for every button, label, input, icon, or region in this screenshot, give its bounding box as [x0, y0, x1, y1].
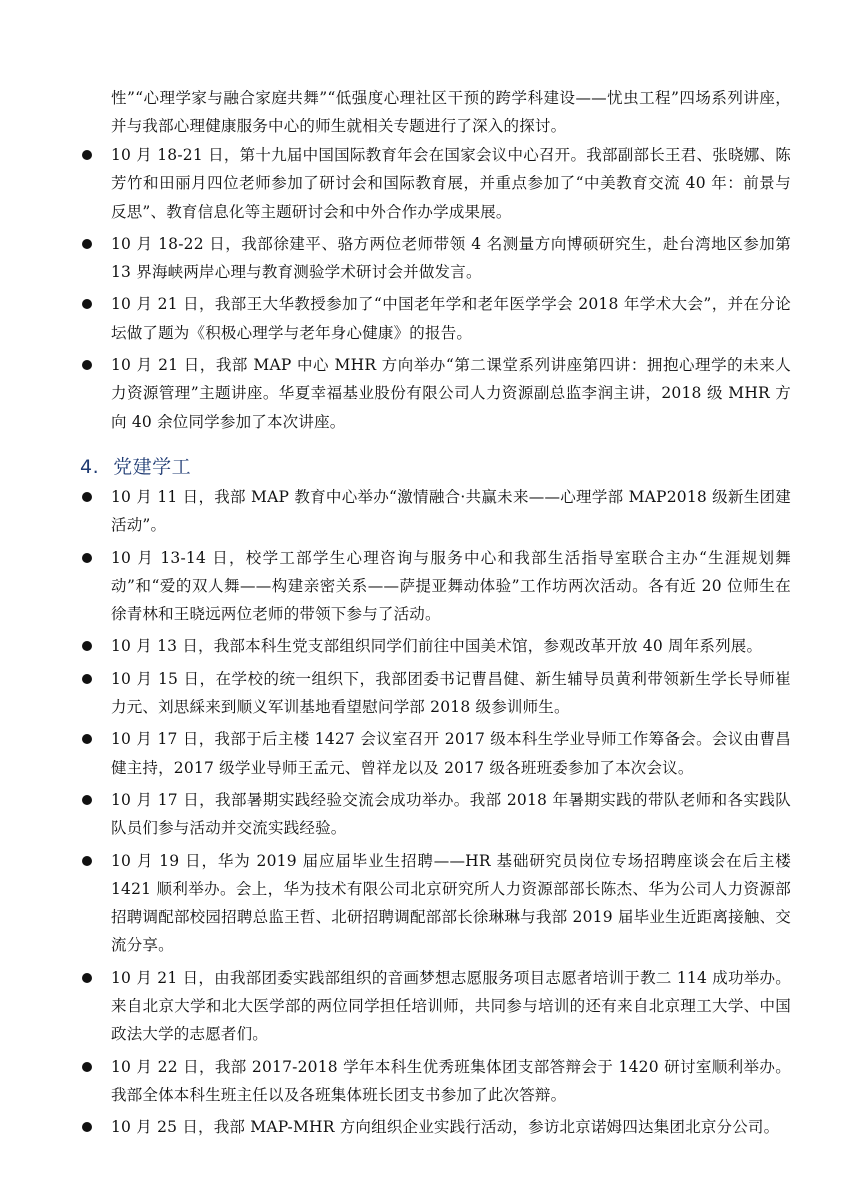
bullet-icon: [82, 299, 92, 309]
list-item: 10 月 21 日，我部王大华教授参加了“中国老年学和老年医学学会 2018 年…: [0, 290, 791, 347]
list-item: 10 月 19 日，华为 2019 届应届毕业生招聘——HR 基础研究员岗位专场…: [0, 847, 791, 960]
bullet-icon: [82, 641, 92, 651]
bullet-icon: [82, 492, 92, 502]
bullet-icon: [82, 856, 92, 866]
bullet-icon: [82, 795, 92, 805]
section-number: 4.: [80, 456, 99, 478]
section-title: 党建学工: [113, 456, 191, 478]
list-item: 10 月 18-22 日，我部徐建平、骆方两位老师带领 4 名测量方向博硕研究生…: [0, 230, 791, 287]
bullet-icon: [82, 360, 92, 370]
section4-list: 10 月 11 日，我部 MAP 教育中心举办“激情融合·共赢未来——心理学部 …: [0, 483, 843, 1146]
document-page: 性”“心理学家与融合家庭共舞”“低强度心理社区干预的跨学科建设——忧虫工程”四场…: [0, 0, 843, 1192]
bullet-icon: [82, 1062, 92, 1072]
list-item: 10 月 21 日，由我部团委实践部组织的音画梦想志愿服务项目志愿者培训于教二 …: [0, 964, 791, 1049]
list-item: 10 月 18-21 日，第十九届中国国际教育年会在国家会议中心召开。我部副部长…: [0, 141, 791, 226]
list-item: 10 月 25 日，我部 MAP-MHR 方向组织企业实践行活动，参访北京诺姆四…: [0, 1113, 791, 1141]
bullet-icon: [82, 674, 92, 684]
section3-list: 10 月 18-21 日，第十九届中国国际教育年会在国家会议中心召开。我部副部长…: [0, 141, 843, 440]
list-item: 10 月 17 日，我部暑期实践经验交流会成功举办。我部 2018 年暑期实践的…: [0, 786, 791, 843]
list-item: 10 月 15 日，在学校的统一组织下，我部团委书记曹昌健、新生辅导员黄利带领新…: [0, 665, 791, 722]
list-item: 10 月 17 日，我部于后主楼 1427 会议室召开 2017 级本科生学业导…: [0, 725, 791, 782]
list-item: 10 月 22 日，我部 2017-2018 学年本科生优秀班集体团支部答辩会于…: [0, 1053, 791, 1110]
list-item: 10 月 13-14 日，校学工部学生心理咨询与服务中心和我部生活指导室联合主办…: [0, 544, 791, 629]
bullet-icon: [82, 553, 92, 563]
continuation-paragraph: 性”“心理学家与融合家庭共舞”“低强度心理社区干预的跨学科建设——忧虫工程”四场…: [111, 84, 791, 141]
list-item: 10 月 21 日，我部 MAP 中心 MHR 方向举办“第二课堂系列讲座第四讲…: [0, 351, 791, 436]
bullet-icon: [82, 734, 92, 744]
bullet-icon: [82, 150, 92, 160]
bullet-icon: [82, 1122, 92, 1132]
list-item: 10 月 13 日，我部本科生党支部组织同学们前往中国美术馆，参观改革开放 40…: [0, 632, 791, 660]
bullet-icon: [82, 973, 92, 983]
list-item: 10 月 11 日，我部 MAP 教育中心举办“激情融合·共赢未来——心理学部 …: [0, 483, 791, 540]
bullet-icon: [82, 239, 92, 249]
section-heading: 4.党建学工: [80, 452, 191, 479]
